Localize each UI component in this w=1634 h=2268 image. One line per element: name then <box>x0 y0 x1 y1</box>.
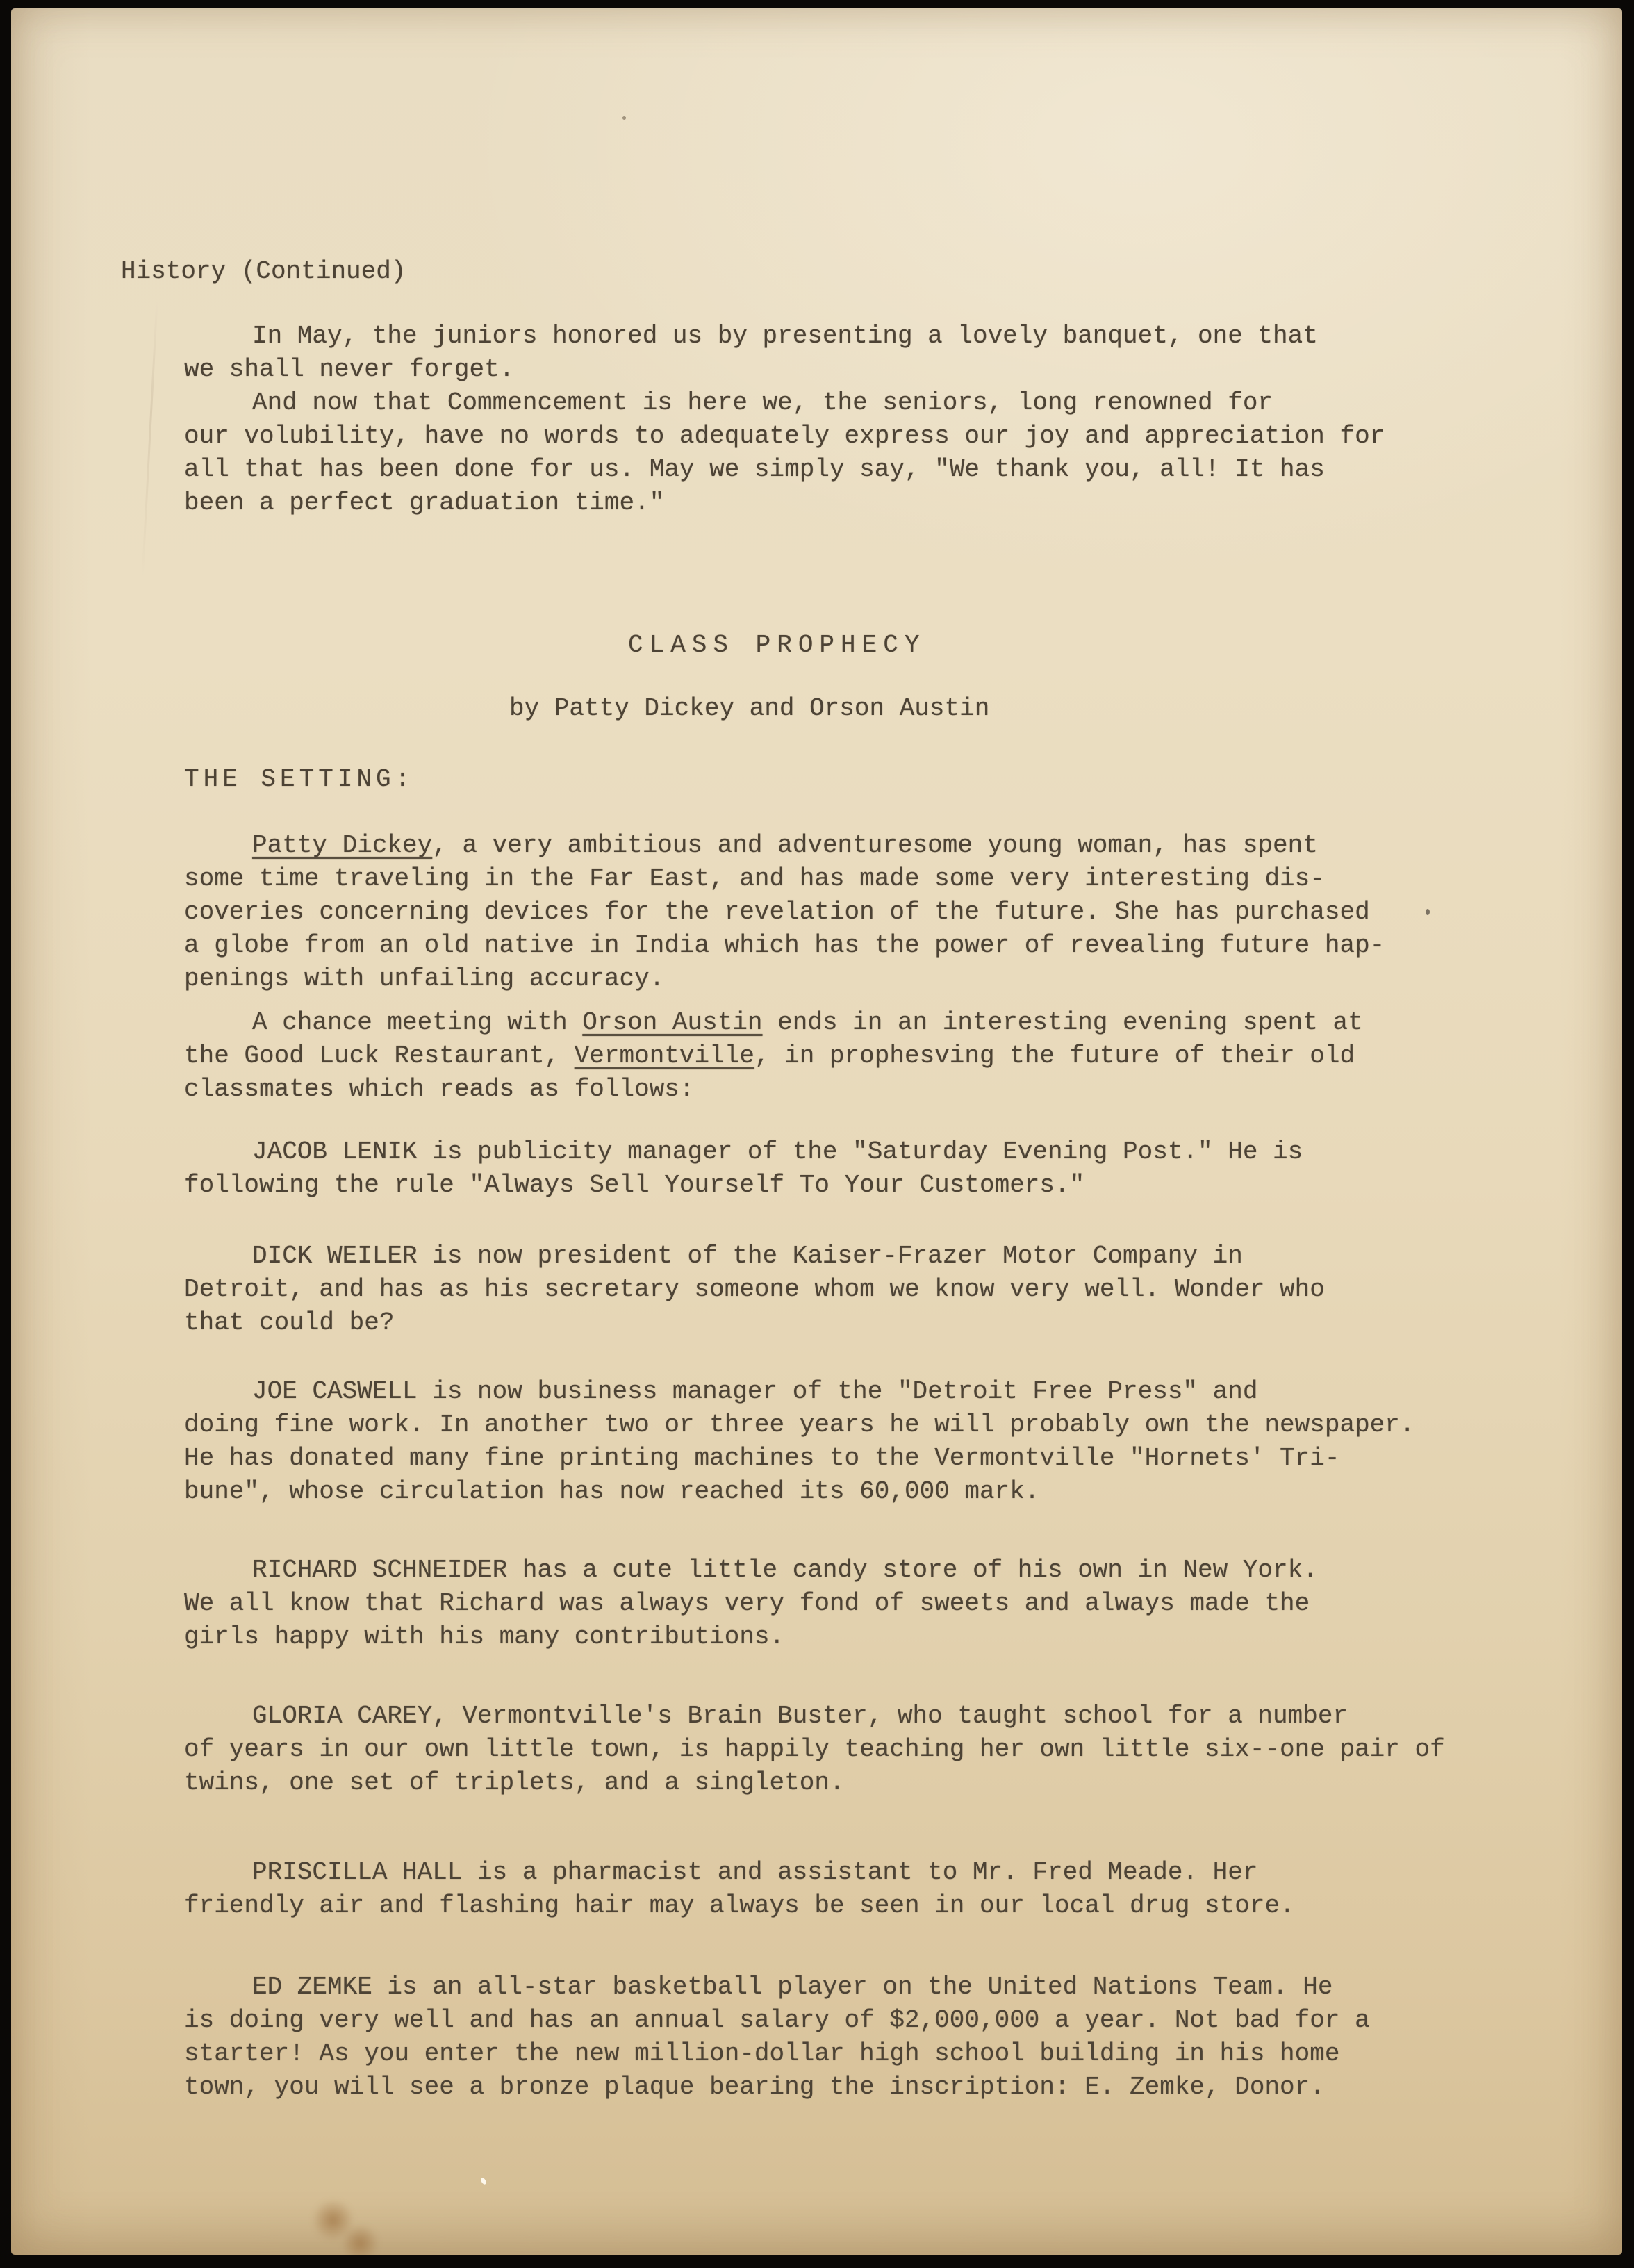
setting-paragraph-2: A chance meeting with Orson Austin ends … <box>184 1006 1480 1106</box>
prophecy-entry-gloria-carey: GLORIA CAREY, Vermontville's Brain Buste… <box>184 1700 1480 1800</box>
history-paragraph-2: And now that Commencement is here we, th… <box>184 386 1480 520</box>
paper-sheet: History (Continued) In May, the juniors … <box>11 8 1622 2255</box>
paper-speck-white <box>480 2177 487 2185</box>
page-heading: History (Continued) <box>121 255 1480 288</box>
section-title: CLASS PROPHECY <box>628 629 1480 662</box>
prophecy-entry-priscilla-hall: PRISCILLA HALL is a pharmacist and assis… <box>184 1856 1480 1923</box>
prophecy-entry-dick-weiler: DICK WEILER is now president of the Kais… <box>184 1240 1480 1340</box>
scan-frame: History (Continued) In May, the juniors … <box>0 0 1634 2268</box>
prophecy-entry-ed-zemke: ED ZEMKE is an all-star basketball playe… <box>184 1971 1480 2104</box>
underlined-name-orson-austin: Orson Austin <box>582 1008 762 1037</box>
paragraph-text: A chance meeting with <box>252 1008 582 1037</box>
stain-mark <box>299 2196 389 2255</box>
history-paragraph-1: In May, the juniors honored us by presen… <box>184 320 1480 386</box>
prophecy-entry-joe-caswell: JOE CASWELL is now business manager of t… <box>184 1375 1480 1509</box>
prophecy-entry-richard-schneider: RICHARD SCHNEIDER has a cute little cand… <box>184 1554 1480 1654</box>
paper-speck-dark <box>1426 909 1430 915</box>
paper-speck-tiny <box>622 116 626 120</box>
underlined-name-patty-dickey: Patty Dickey <box>252 831 432 860</box>
setting-paragraph-1: Patty Dickey, a very ambitious and adven… <box>184 829 1480 996</box>
byline: by Patty Dickey and Orson Austin <box>509 692 1480 725</box>
setting-label: THE SETTING: <box>184 763 1480 796</box>
underlined-name-vermontville: Vermontville <box>575 1042 754 1070</box>
paper-crease <box>142 300 158 578</box>
prophecy-entry-jacob-lenik: JACOB LENIK is publicity manager of the … <box>184 1135 1480 1202</box>
